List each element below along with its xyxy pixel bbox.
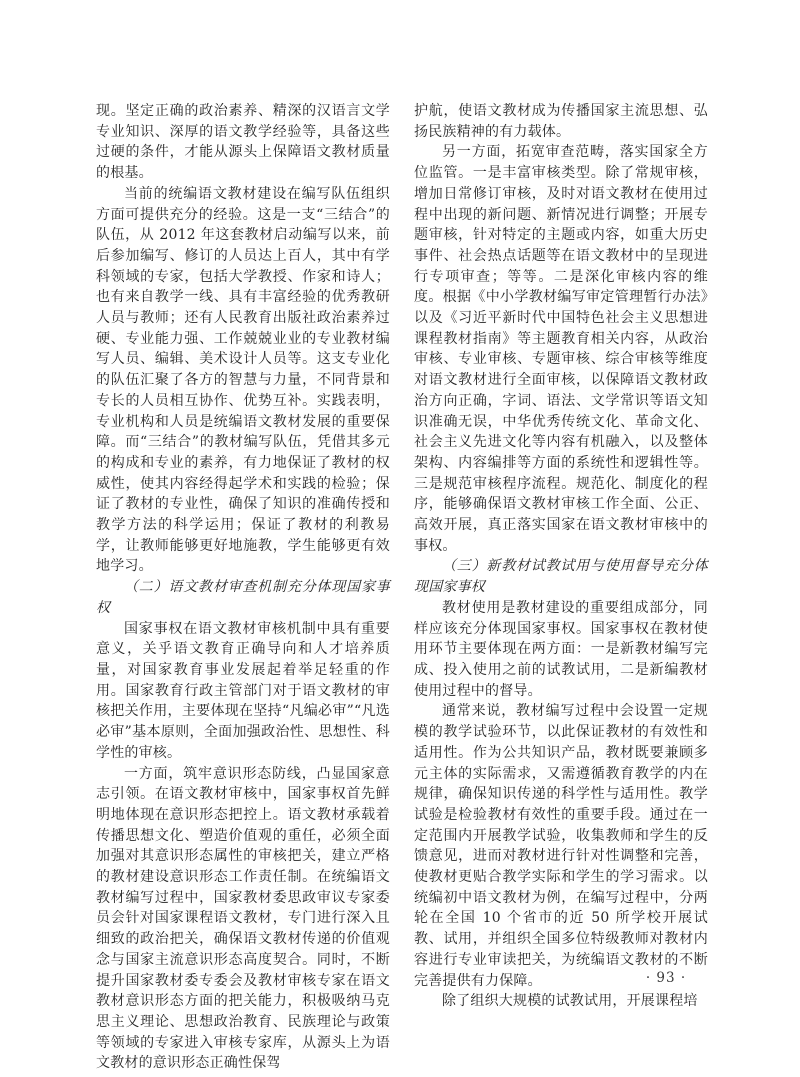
paragraph: 一方面，筑牢意识形态防线，凸显国家意志引领。在语文教材审核中，国家事权首先鲜明地… [96, 764, 390, 1075]
left-column: 现。坚定正确的政治素养、精深的汉语言文学专业知识、深厚的语文教学经验等，具备这些… [96, 101, 390, 1074]
paragraph: 现。坚定正确的政治素养、精深的汉语言文学专业知识、深厚的语文教学经验等，具备这些… [96, 101, 390, 184]
paragraph: 通常来说，教材编写过程中会设置一定规模的教学试验环节，以此保证教材的有效性和适用… [414, 701, 708, 991]
paragraph: 国家事权在语文教材审核机制中具有重要意义，关乎语文教育正确导向和人才培养质量，对… [96, 619, 390, 764]
section-heading: （二）语文教材审查机制充分体现国家事权 [96, 577, 390, 618]
paragraph: 另一方面，拓宽审查范畴，落实国家全方位监管。一是丰富审核类型。除了常规审核，增加… [414, 142, 708, 556]
paragraph: 当前的统编语文教材建设在编写队伍组织方面可提供充分的经验。这是一支“三结合”的队… [96, 184, 390, 577]
page-body: 现。坚定正确的政治素养、精深的汉语言文学专业知识、深厚的语文教学经验等，具备这些… [96, 101, 708, 1074]
page-number: · 93 · [636, 970, 696, 986]
paragraph: 教材使用是教材建设的重要组成部分，同样应该充分体现国家事权。国家事权在教材使用环… [414, 598, 708, 702]
paragraph: 护航，使语文教材成为传播国家主流思想、弘扬民族精神的有力载体。 [414, 101, 708, 142]
right-column: 护航，使语文教材成为传播国家主流思想、弘扬民族精神的有力载体。 另一方面，拓宽审… [414, 101, 708, 1074]
paragraph: 除了组织大规模的试教试用，开展课程培 [414, 991, 708, 1012]
document-page: 现。坚定正确的政治素养、精深的汉语言文学专业知识、深厚的语文教学经验等，具备这些… [0, 0, 800, 1077]
section-heading: （三）新教材试教试用与使用督导充分体现国家事权 [414, 556, 708, 597]
